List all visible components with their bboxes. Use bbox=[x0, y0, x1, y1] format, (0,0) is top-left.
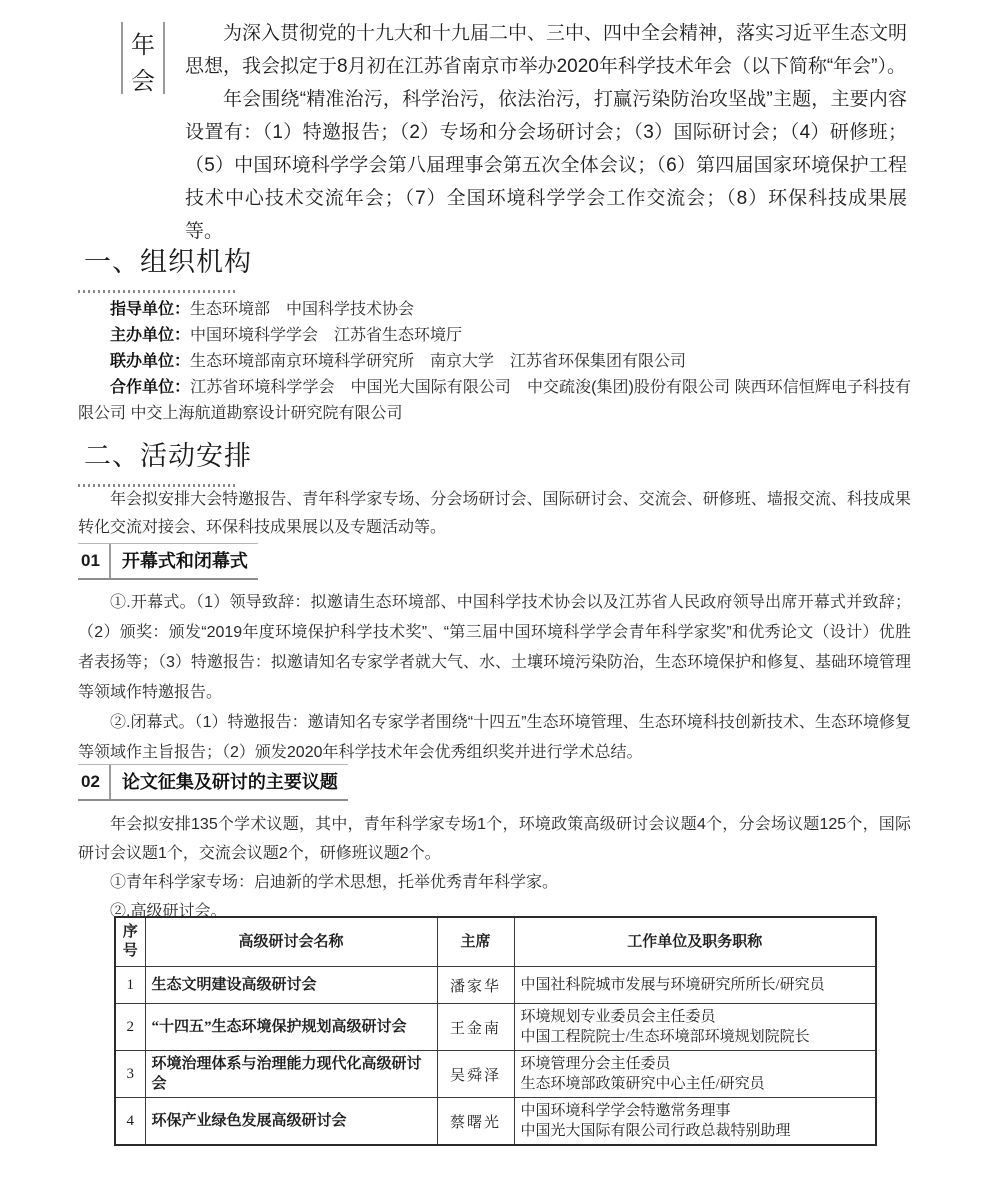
table-row: 1 生态文明建设高级研讨会 潘家华 中国社科院城市发展与环境研究所所长/研究员 bbox=[115, 967, 876, 1004]
cell-no: 1 bbox=[115, 967, 145, 1004]
subsection-02-title: 论文征集及研讨的主要议题 bbox=[111, 765, 348, 799]
section1-heading: 一、组织机构 bbox=[84, 246, 252, 278]
unit-value: 中国环境科学学会 江苏省生态环境厅 bbox=[190, 327, 462, 344]
opening-ceremony-paragraph: ①.开幕式。（1）领导致辞：拟邀请生态环境部、中国科学技术协会以及江苏省人民政府… bbox=[78, 588, 911, 708]
table-header-no: 序号 bbox=[115, 917, 145, 967]
cell-chair: 蔡曙光 bbox=[437, 1098, 514, 1146]
seminar-table: 序号 高级研讨会名称 主席 工作单位及职务职称 1 生态文明建设高级研讨会 潘家… bbox=[114, 916, 877, 1146]
table-header-chair: 主席 bbox=[437, 917, 514, 967]
cell-name: 环保产业绿色发展高级研讨会 bbox=[145, 1098, 437, 1146]
cell-chair: 吴舜泽 bbox=[437, 1051, 514, 1098]
unit-row-partner: 合作单位：江苏省环境科学学会 中国光大国际有限公司 中交疏浚(集团)股份有限公司… bbox=[78, 375, 911, 427]
subsection-02-body: 年会拟安排135个学术议题，其中，青年科学家专场1个，环境政策高级研讨会议题4个… bbox=[78, 810, 911, 926]
closing-ceremony-paragraph: ②.闭幕式。（1）特邀报告：邀请知名专家学者围绕“十四五”生态环境管理、生态环境… bbox=[78, 708, 911, 768]
subsection-02-number: 02 bbox=[78, 765, 111, 799]
unit-value: 生态环境部南京环境科学研究所 南京大学 江苏省环保集团有限公司 bbox=[190, 353, 686, 370]
table-header-affiliation: 工作单位及职务职称 bbox=[514, 917, 876, 967]
cell-affiliation: 中国环境科学学会特邀常务理事 中国光大国际有限公司行政总裁特别助理 bbox=[514, 1098, 876, 1146]
document-page: 年会 为深入贯彻党的十九大和十九届二中、三中、四中全会精神，落实习近平生态文明思… bbox=[0, 0, 981, 1200]
cell-affiliation: 环境管理分会主任委员 生态环境部政策研究中心主任/研究员 bbox=[514, 1051, 876, 1098]
cell-no: 4 bbox=[115, 1098, 145, 1146]
section1-dotted-rule bbox=[78, 290, 236, 293]
cell-chair: 潘家华 bbox=[437, 967, 514, 1004]
intro-paragraph-1: 为深入贯彻党的十九大和十九届二中、三中、四中全会精神，落实习近平生态文明思想，我… bbox=[185, 17, 907, 83]
cell-affiliation: 环境规划专业委员会主任委员 中国工程院院士/生态环境部环境规划院院长 bbox=[514, 1004, 876, 1051]
intro-block: 为深入贯彻党的十九大和十九届二中、三中、四中全会精神，落实习近平生态文明思想，我… bbox=[185, 17, 907, 248]
unit-label: 合作单位： bbox=[110, 379, 190, 396]
topics-count-paragraph: 年会拟安排135个学术议题，其中，青年科学家专场1个，环境政策高级研讨会议题4个… bbox=[78, 810, 911, 868]
subsection-01-number: 01 bbox=[78, 544, 111, 578]
unit-label: 主办单位： bbox=[110, 327, 190, 344]
cell-chair: 王金南 bbox=[437, 1004, 514, 1051]
organization-unit-list: 指导单位：生态环境部 中国科学技术协会 主办单位：中国环境科学学会 江苏省生态环… bbox=[78, 297, 911, 427]
side-label-annual-meeting: 年会 bbox=[121, 22, 165, 94]
cell-name: 环境治理体系与治理能力现代化高级研讨会 bbox=[145, 1051, 437, 1098]
table-row: 2 “十四五”生态环境保护规划高级研讨会 王金南 环境规划专业委员会主任委员 中… bbox=[115, 1004, 876, 1051]
unit-label: 指导单位： bbox=[110, 301, 190, 318]
subsection-02-header: 02 论文征集及研讨的主要议题 bbox=[78, 764, 348, 801]
unit-value: 生态环境部 中国科学技术协会 bbox=[190, 301, 414, 318]
unit-value: 江苏省环境科学学会 中国光大国际有限公司 中交疏浚(集团)股份有限公司 陕西环信… bbox=[78, 379, 911, 422]
cell-name: 生态文明建设高级研讨会 bbox=[145, 967, 437, 1004]
table-header-name: 高级研讨会名称 bbox=[145, 917, 437, 967]
section2-intro: 年会拟安排大会特邀报告、青年科学家专场、分会场研讨会、国际研讨会、交流会、研修班… bbox=[78, 486, 911, 542]
table-row: 3 环境治理体系与治理能力现代化高级研讨会 吴舜泽 环境管理分会主任委员 生态环… bbox=[115, 1051, 876, 1098]
subsection-01-header: 01 开幕式和闭幕式 bbox=[78, 543, 258, 580]
section2-heading: 二、活动安排 bbox=[84, 440, 252, 472]
table-header-row: 序号 高级研讨会名称 主席 工作单位及职务职称 bbox=[115, 917, 876, 967]
cell-no: 2 bbox=[115, 1004, 145, 1051]
table-row: 4 环保产业绿色发展高级研讨会 蔡曙光 中国环境科学学会特邀常务理事 中国光大国… bbox=[115, 1098, 876, 1146]
intro-paragraph-2: 年会围绕“精准治污，科学治污，依法治污，打赢污染防治攻坚战”主题，主要内容设置有… bbox=[185, 83, 907, 248]
subsection-01-title: 开幕式和闭幕式 bbox=[111, 544, 258, 578]
cell-affiliation: 中国社科院城市发展与环境研究所所长/研究员 bbox=[514, 967, 876, 1004]
unit-row-cohost: 联办单位：生态环境部南京环境科学研究所 南京大学 江苏省环保集团有限公司 bbox=[78, 349, 911, 375]
unit-row-guidance: 指导单位：生态环境部 中国科学技术协会 bbox=[78, 297, 911, 323]
cell-no: 3 bbox=[115, 1051, 145, 1098]
section2-intro-paragraph: 年会拟安排大会特邀报告、青年科学家专场、分会场研讨会、国际研讨会、交流会、研修班… bbox=[78, 486, 911, 542]
subsection-01-body: ①.开幕式。（1）领导致辞：拟邀请生态环境部、中国科学技术协会以及江苏省人民政府… bbox=[78, 588, 911, 768]
cell-name: “十四五”生态环境保护规划高级研讨会 bbox=[145, 1004, 437, 1051]
unit-label: 联办单位： bbox=[110, 353, 190, 370]
young-scientist-paragraph: ①青年科学家专场：启迪新的学术思想，托举优秀青年科学家。 bbox=[78, 868, 911, 897]
unit-row-host: 主办单位：中国环境科学学会 江苏省生态环境厅 bbox=[78, 323, 911, 349]
